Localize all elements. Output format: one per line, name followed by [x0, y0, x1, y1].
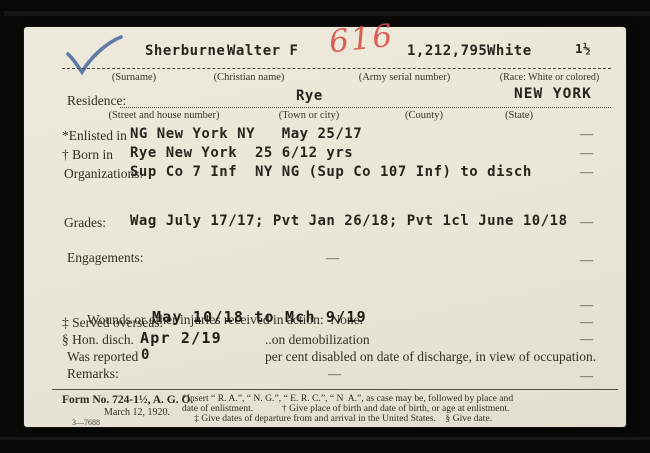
- born-label: † Born in: [62, 147, 113, 163]
- surname-value: Sherburne: [145, 43, 225, 59]
- born-blank-dash: —: [580, 145, 593, 161]
- residence-label: Residence:: [67, 93, 126, 109]
- race-label: (Race: White or colored): [482, 72, 617, 83]
- enlisted-value: NG New York NY May 25/17: [130, 126, 362, 142]
- enlisted-label: *Enlisted in: [62, 128, 127, 144]
- engagements-mid-dash: —: [326, 250, 339, 266]
- engagements-label: Engagements:: [67, 250, 143, 266]
- street-label: (Street and house number): [84, 110, 244, 121]
- organizations-value: Sup Co 7 Inf NY NG (Sup Co 107 Inf) to d…: [130, 164, 532, 180]
- scan-artifact-top: [4, 11, 650, 16]
- residence-state-value: NEW YORK: [514, 86, 592, 102]
- handwritten-number: 616: [327, 18, 396, 61]
- residence-town-value: Rye: [296, 88, 323, 104]
- remarks-mid-dash: —: [328, 366, 341, 382]
- serial-number-label: (Army serial number): [332, 72, 477, 83]
- race-value: White: [487, 43, 532, 59]
- county-label: (County): [384, 110, 464, 121]
- town-label: (Town or city): [259, 110, 359, 121]
- check-mark: [64, 34, 126, 76]
- hon-discharge-suffix: ..on demobilization: [265, 332, 370, 348]
- disability-value: 0: [141, 347, 150, 363]
- wounds-blank-dash: —: [580, 297, 593, 313]
- served-overseas-value: May 10/18 to Mch 9/19: [152, 308, 367, 326]
- residence-rule: [120, 107, 611, 108]
- name-row-rule: [62, 68, 611, 69]
- disability-suffix: per cent disabled on date of discharge, …: [265, 349, 596, 365]
- grade-fraction: 1½: [575, 41, 591, 56]
- organizations-blank-dash: —: [580, 164, 593, 180]
- grades-label: Grades:: [64, 215, 106, 231]
- engagements-blank-dash: —: [580, 252, 593, 268]
- scan-background: Sherburne Walter F 616 1,212,795 White 1…: [0, 0, 650, 453]
- footer-rule: [52, 389, 618, 390]
- grades-blank-dash: —: [580, 214, 593, 230]
- service-record-card: Sherburne Walter F 616 1,212,795 White 1…: [24, 27, 626, 427]
- hon-discharge-value: Apr 2/19: [140, 329, 222, 347]
- christian-name-label: (Christian name): [169, 72, 329, 83]
- grades-value: Wag July 17/17; Pvt Jan 26/18; Pvt 1cl J…: [130, 213, 568, 229]
- state-label: (State): [489, 110, 549, 121]
- christian-name-value: Walter F: [227, 43, 298, 59]
- scan-artifact-bottom: [0, 437, 650, 440]
- footer-print-code: 3—7688: [72, 418, 100, 427]
- serial-number-value: 1,212,795: [407, 43, 487, 59]
- disability-label: Was reported: [67, 349, 138, 365]
- remarks-label: Remarks:: [67, 366, 119, 382]
- footer-form-number: Form No. 724-1½, A. G. O.: [62, 394, 193, 406]
- hon-discharge-label: § Hon. disch.: [62, 332, 134, 348]
- remarks-blank-dash: —: [580, 368, 593, 384]
- hon-discharge-blank-dash: —: [580, 331, 593, 347]
- served-overseas-blank-dash: —: [580, 314, 593, 330]
- enlisted-blank-dash: —: [580, 126, 593, 142]
- born-value: Rye New York 25 6/12 yrs: [130, 145, 353, 161]
- footer-note-3: ‡ Give dates of departure from and arriv…: [194, 414, 618, 424]
